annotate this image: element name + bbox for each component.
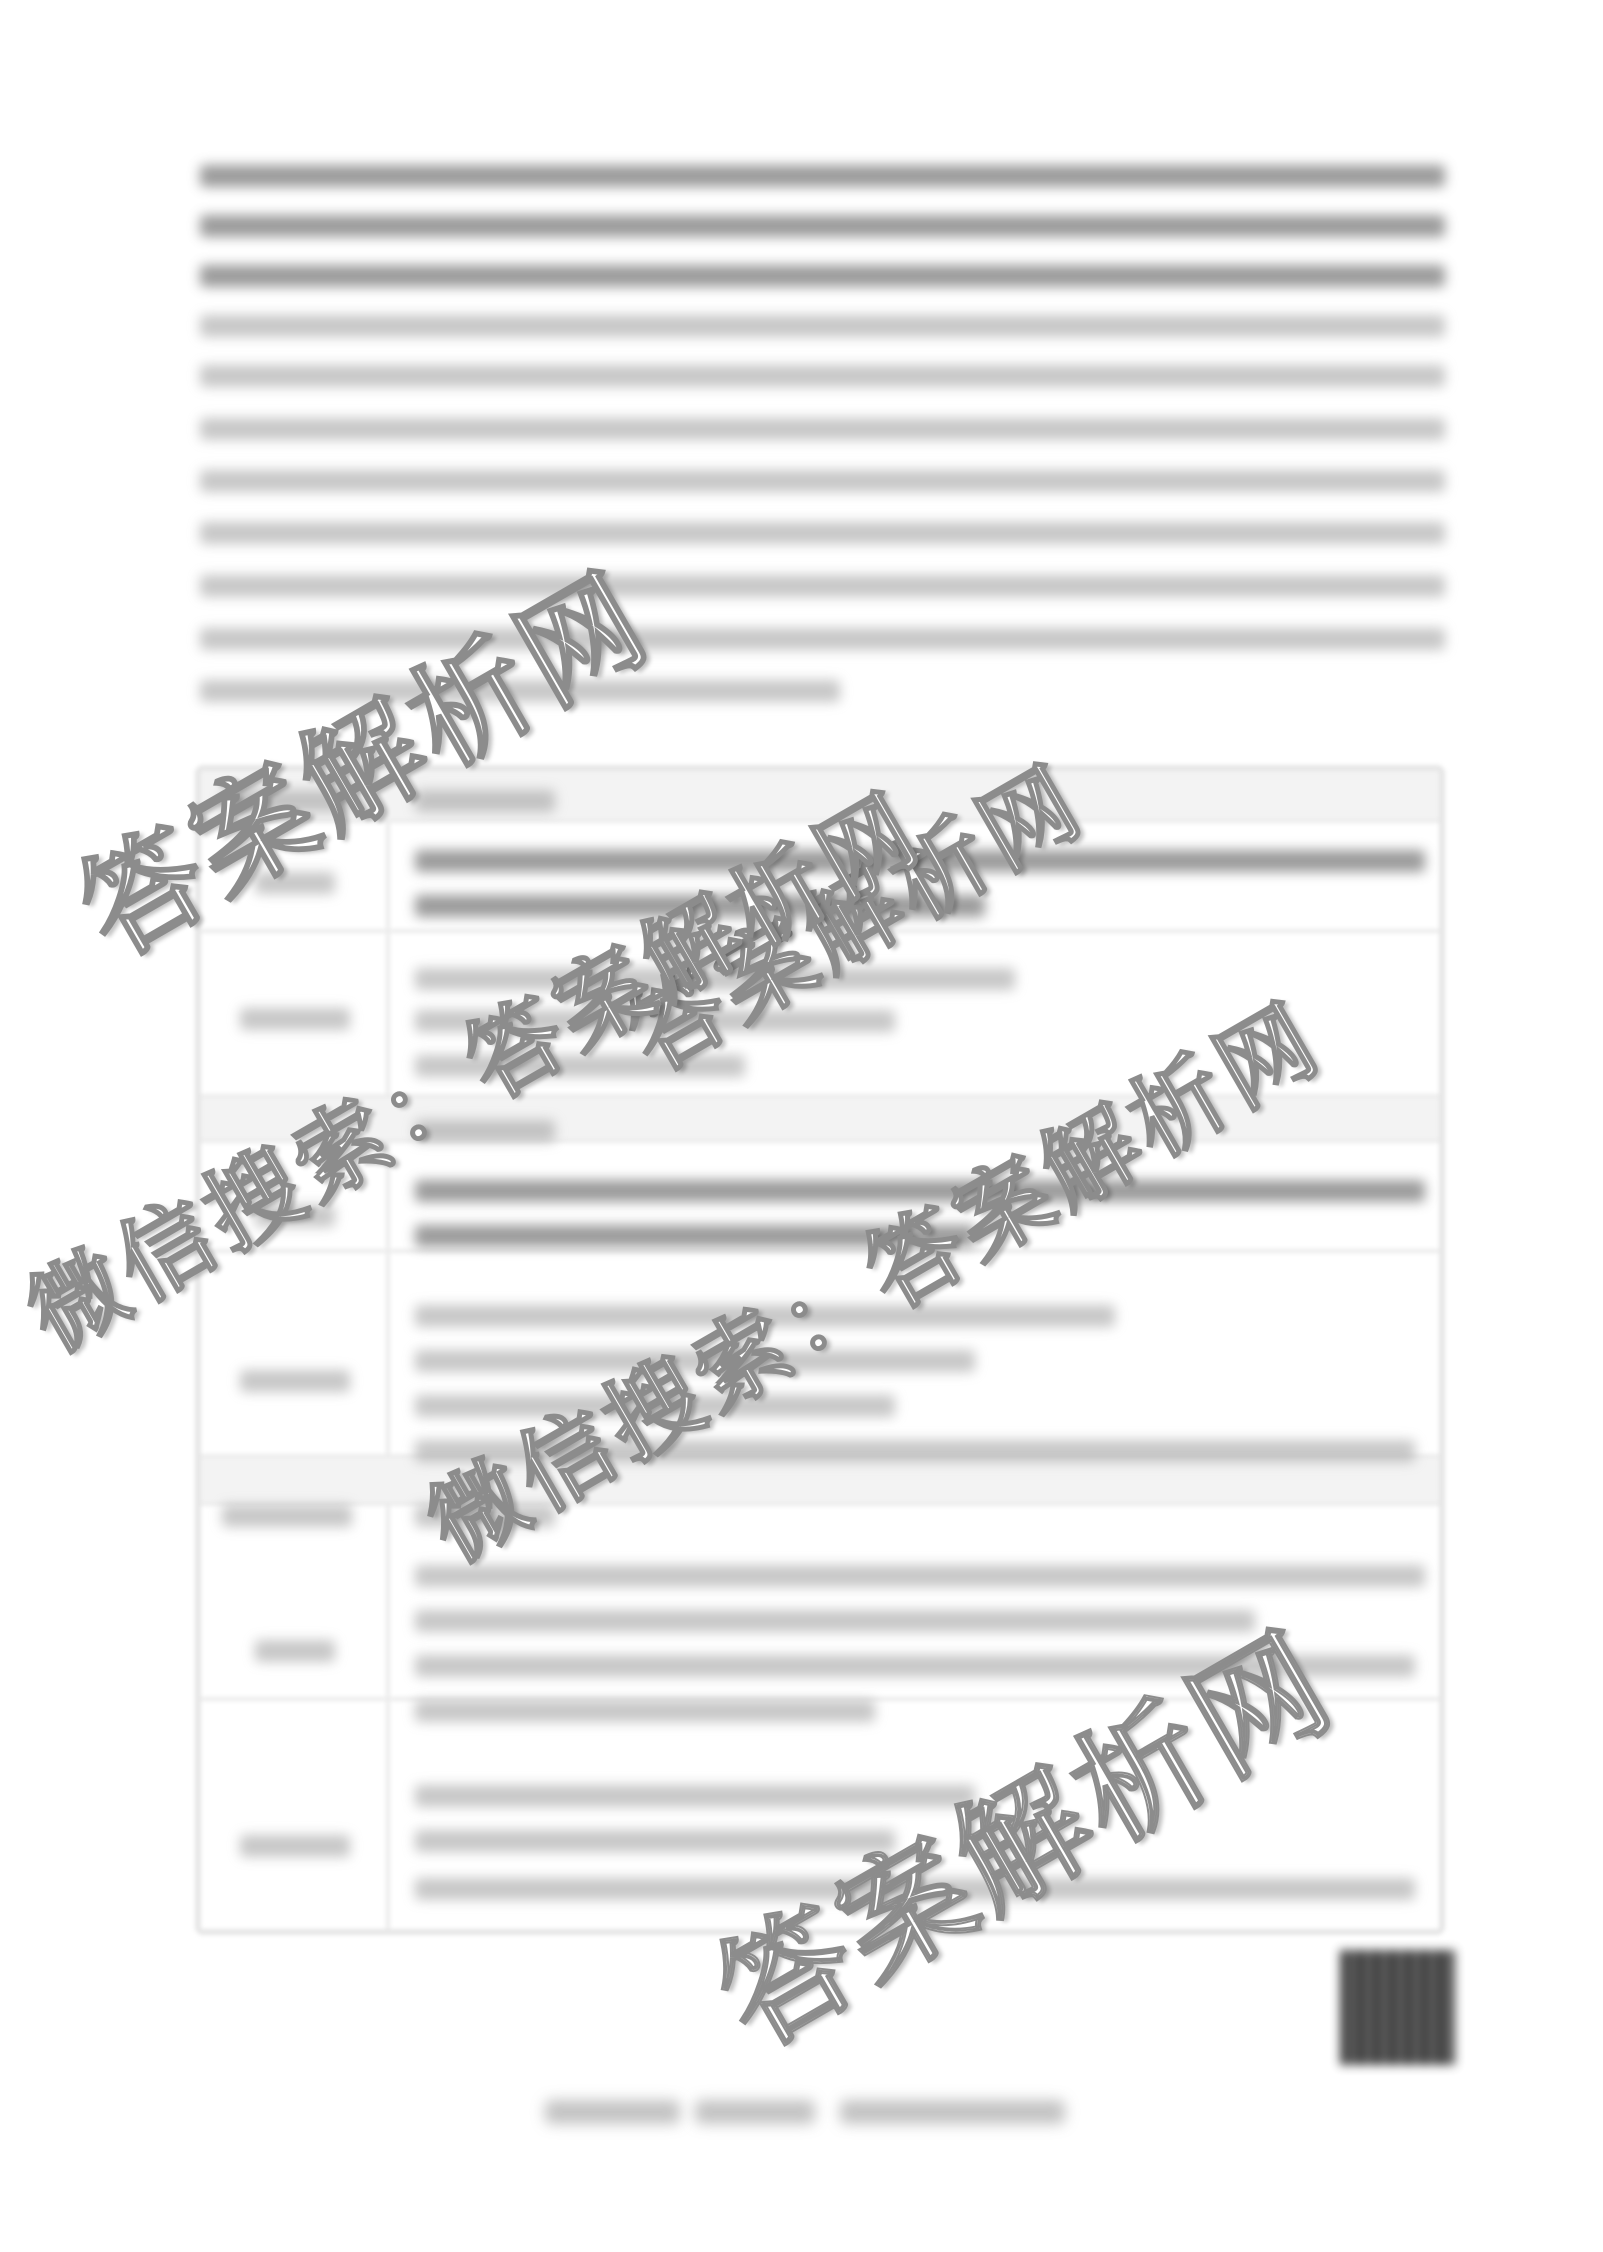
cell-text: [415, 1610, 1255, 1632]
cell-label: [240, 1835, 350, 1857]
footer-text: [695, 2100, 815, 2124]
text-line: [200, 522, 1445, 544]
text-line: [200, 365, 1445, 387]
text-line: [200, 165, 1445, 187]
cell-text: [415, 1565, 1425, 1587]
cell-label: [222, 1505, 352, 1527]
text-line: [200, 265, 1445, 287]
text-line: [200, 418, 1445, 440]
text-line: [200, 215, 1445, 237]
footer-text: [545, 2100, 680, 2124]
footer-text: [840, 2100, 1065, 2124]
cell-text: [415, 1700, 875, 1722]
text-line: [200, 470, 1445, 492]
qr-code: [1340, 1950, 1455, 2065]
cell-label: [255, 1640, 335, 1662]
cell-label: [240, 1370, 350, 1392]
document-page: 答案解析网 答案解析网 微信搜索：答案解析网 微信搜索：答案解析网 答案解析网: [0, 0, 1603, 2252]
cell-label: [240, 1008, 350, 1030]
text-line: [200, 315, 1445, 337]
text-line: [200, 575, 1445, 597]
